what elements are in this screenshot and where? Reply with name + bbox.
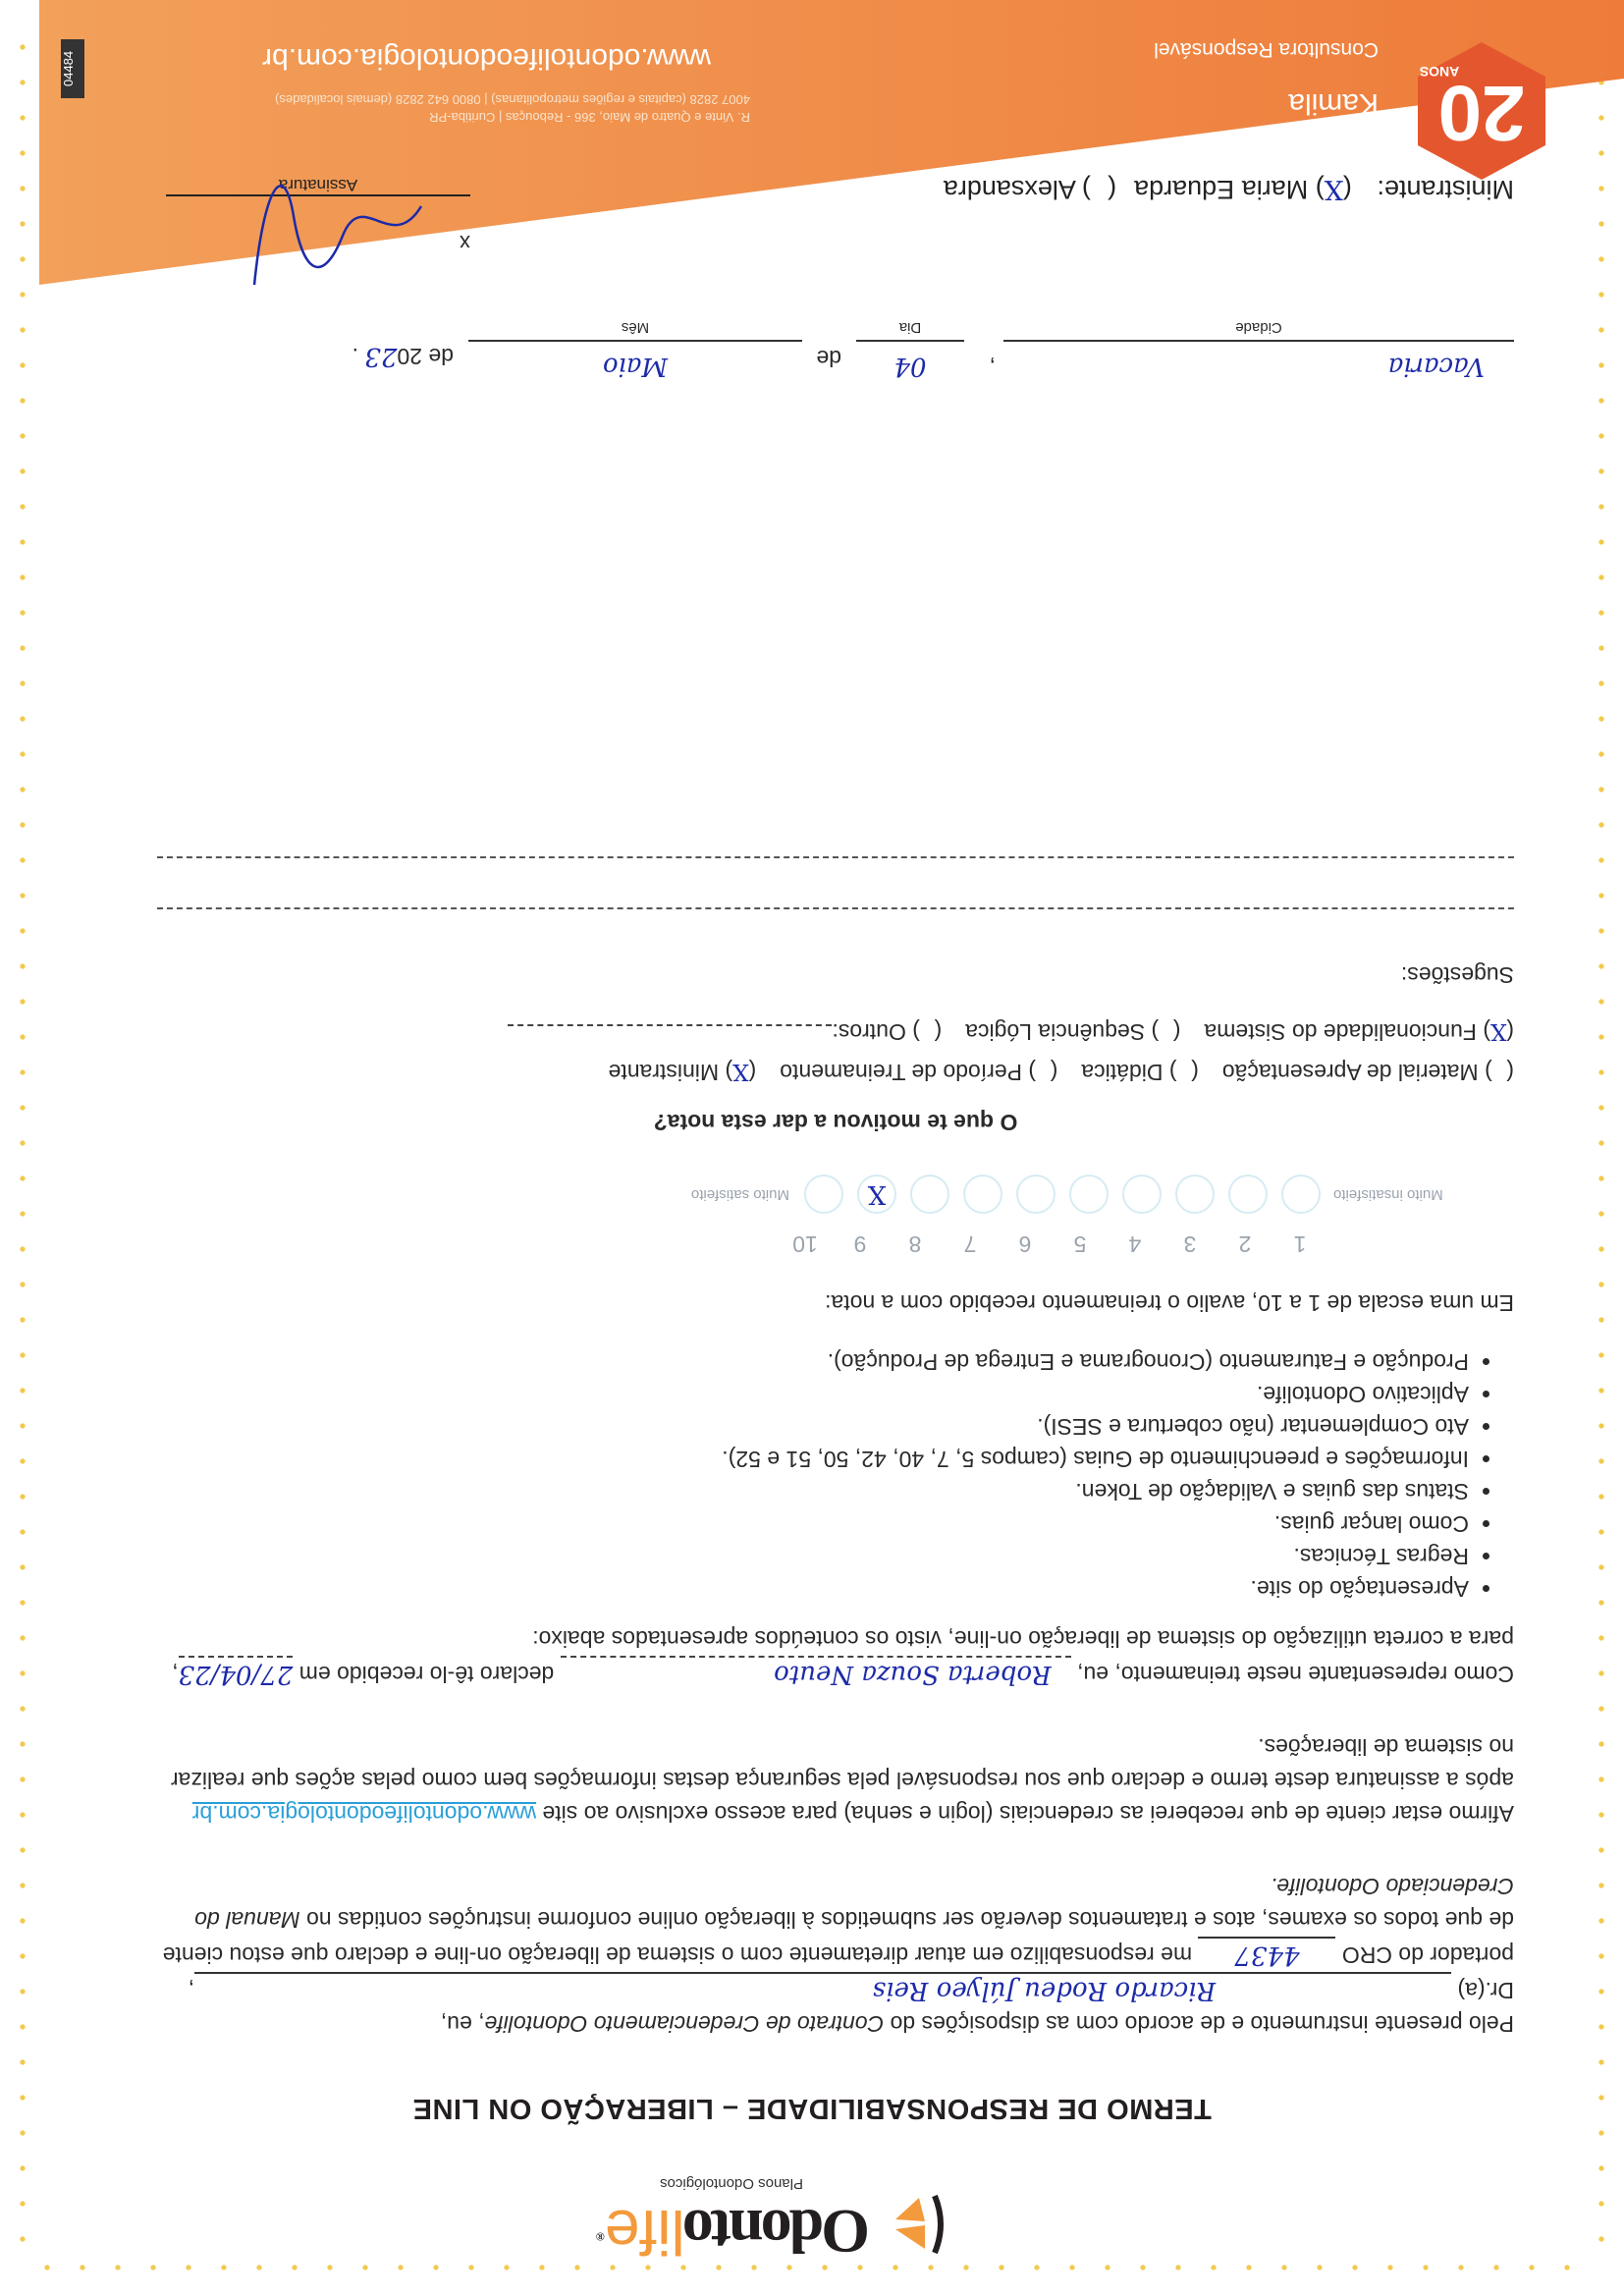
rating-high-label: Muito satisfeito [611,1177,797,1211]
decorative-dots-left [1597,39,1606,2257]
signature-scrawl [235,177,431,295]
rating-option-9[interactable]: X [857,1175,896,1214]
representative-name-field[interactable]: Roberta Souza Neuto [561,1656,1071,1691]
intro-paragraph: Pelo presente instrumento e de acordo co… [157,1870,1514,2041]
suggestions-field[interactable] [157,856,1514,958]
rating-number: 1 [1272,1228,1327,1261]
rating-number: 4 [1108,1228,1163,1261]
motivation-option-checkbox[interactable]: (X) Funcionalidade do Sistema [1204,1019,1514,1045]
cro-field[interactable]: 4437 [1198,1937,1335,1972]
ministrante-option-checkbox[interactable]: (X) Maria Eduarda [1134,175,1352,204]
city-field[interactable]: Vacaria Cidade [1003,319,1514,381]
topic-item: Ato Complementar (não cobertura e SESI). [157,1410,1469,1443]
rating-option-5[interactable] [1069,1175,1109,1214]
motivation-option-checkbox[interactable]: ( ) Período de Treinamento [780,1060,1057,1085]
decorative-dots-right [18,39,27,2257]
rating-option-8[interactable] [910,1175,949,1214]
logo-tooth-mark-icon [890,2190,948,2259]
rating-number: 2 [1218,1228,1272,1261]
rating-option-1[interactable] [1281,1175,1321,1214]
motivation-option-checkbox[interactable]: ( ) Sequência Lógica [965,1019,1180,1045]
dentist-name-field[interactable]: Ricardo Rodeu Júlyeo Reis [194,1972,1451,2007]
rating-number: 5 [1053,1228,1108,1261]
rating-number: 3 [1163,1228,1218,1261]
svg-text:20: 20 [1438,70,1526,157]
rating-number: 6 [998,1228,1053,1261]
rating-option-6[interactable] [1016,1175,1056,1214]
year-field[interactable]: 23 [364,342,397,371]
rating-scale: Muito insatisfeito XMuito satisfeito [157,1175,1514,1214]
rating-number: 9 [833,1228,888,1261]
training-date-field[interactable]: 27/04/23 [179,1656,294,1691]
rating-option-10[interactable] [804,1175,843,1214]
rating-option-3[interactable] [1175,1175,1215,1214]
odontolife-logo: Odontolife® Planos Odontológicos [634,2168,968,2276]
topic-item: Como lançar guias. [157,1507,1469,1540]
signature-field[interactable]: x Assinatura [166,175,470,255]
rating-question: Em uma escala de 1 a 10, avalio o treina… [157,1286,1514,1320]
training-paragraph: Como representante neste treinamento, eu… [157,1622,1514,1691]
company-address: R. Vinte e Quatro de Maio, 366 - Rebouça… [275,90,750,126]
rating-low-label: Muito insatisfeito [1327,1177,1514,1211]
credentials-paragraph: Afirmo estar ciente de que receberei as … [157,1730,1514,1831]
training-topics-list: Apresentação do site. Regras Técnicas. C… [157,1345,1469,1605]
topic-item: Status das guias e Validação de Token. [157,1475,1469,1507]
rating-scale-numbers: 12345678910 [157,1228,1327,1261]
svg-text:ANOS: ANOS [1420,64,1459,80]
motivation-option-checkbox[interactable]: ( ) Didática [1081,1060,1198,1085]
topic-item: Apresentação do site. [157,1572,1469,1605]
rating-number: 7 [943,1228,998,1261]
topic-item: Aplicativo Odontolife. [157,1378,1469,1410]
topic-item: Informações e preenchimento de Guias (ca… [157,1443,1469,1475]
day-field[interactable]: 04 Dia [856,319,964,381]
other-motivation-field[interactable] [508,1024,832,1026]
document-body: Pelo presente instrumento e de acordo co… [157,856,1514,2041]
scanned-document-page: Odontolife® Planos Odontológicos TERMO D… [0,0,1624,2296]
rating-number: 10 [778,1228,833,1261]
logo-wordmark: Odontolife® [599,2195,870,2269]
motivation-option-checkbox[interactable]: (X) Ministrante [609,1060,757,1085]
form-serial-number: 04484 [61,39,84,98]
rating-option-2[interactable] [1228,1175,1268,1214]
document-title: TERMO DE RESPONSABILIDADE – LIBERAÇÃO ON… [0,2092,1624,2124]
rating-option-4[interactable] [1122,1175,1162,1214]
rating-number: 8 [888,1228,943,1261]
month-field[interactable]: Maio Mês [468,319,802,381]
motivation-option-checkbox[interactable]: ( ) Material de Apresentação [1222,1060,1514,1085]
anniversary-badge-icon: 20 ANOS [1408,37,1555,185]
topic-item: Regras Técnicas. [157,1540,1469,1572]
consultant-role: Consultora Responsável [1154,37,1379,61]
ministrante-option-checkbox[interactable]: ( ) Alexsandra [944,175,1116,204]
motivation-option-checkbox[interactable]: ( ) Outros: [508,1019,942,1045]
rating-option-7[interactable] [963,1175,1002,1214]
topic-item: Produção e Faturamento (Cronograma e Ent… [157,1345,1469,1378]
footer-website: www.odontolifeodontologia.com.br [262,41,711,75]
suggestions-label: Sugestões: [157,958,1514,992]
motivation-question: O que te motivou a dar esta nota? [157,1106,1514,1139]
site-link[interactable]: www.odontolifeodontologia.com.br [192,1801,536,1827]
motivation-options: ( ) Material de Apresentação( ) Didática… [157,1011,1514,1092]
logo-tagline: Planos Odontológicos [660,2175,803,2192]
consultant-name: Kamila [1288,86,1379,120]
rating-section: Em uma escala de 1 a 10, avalio o treina… [157,1175,1514,1320]
